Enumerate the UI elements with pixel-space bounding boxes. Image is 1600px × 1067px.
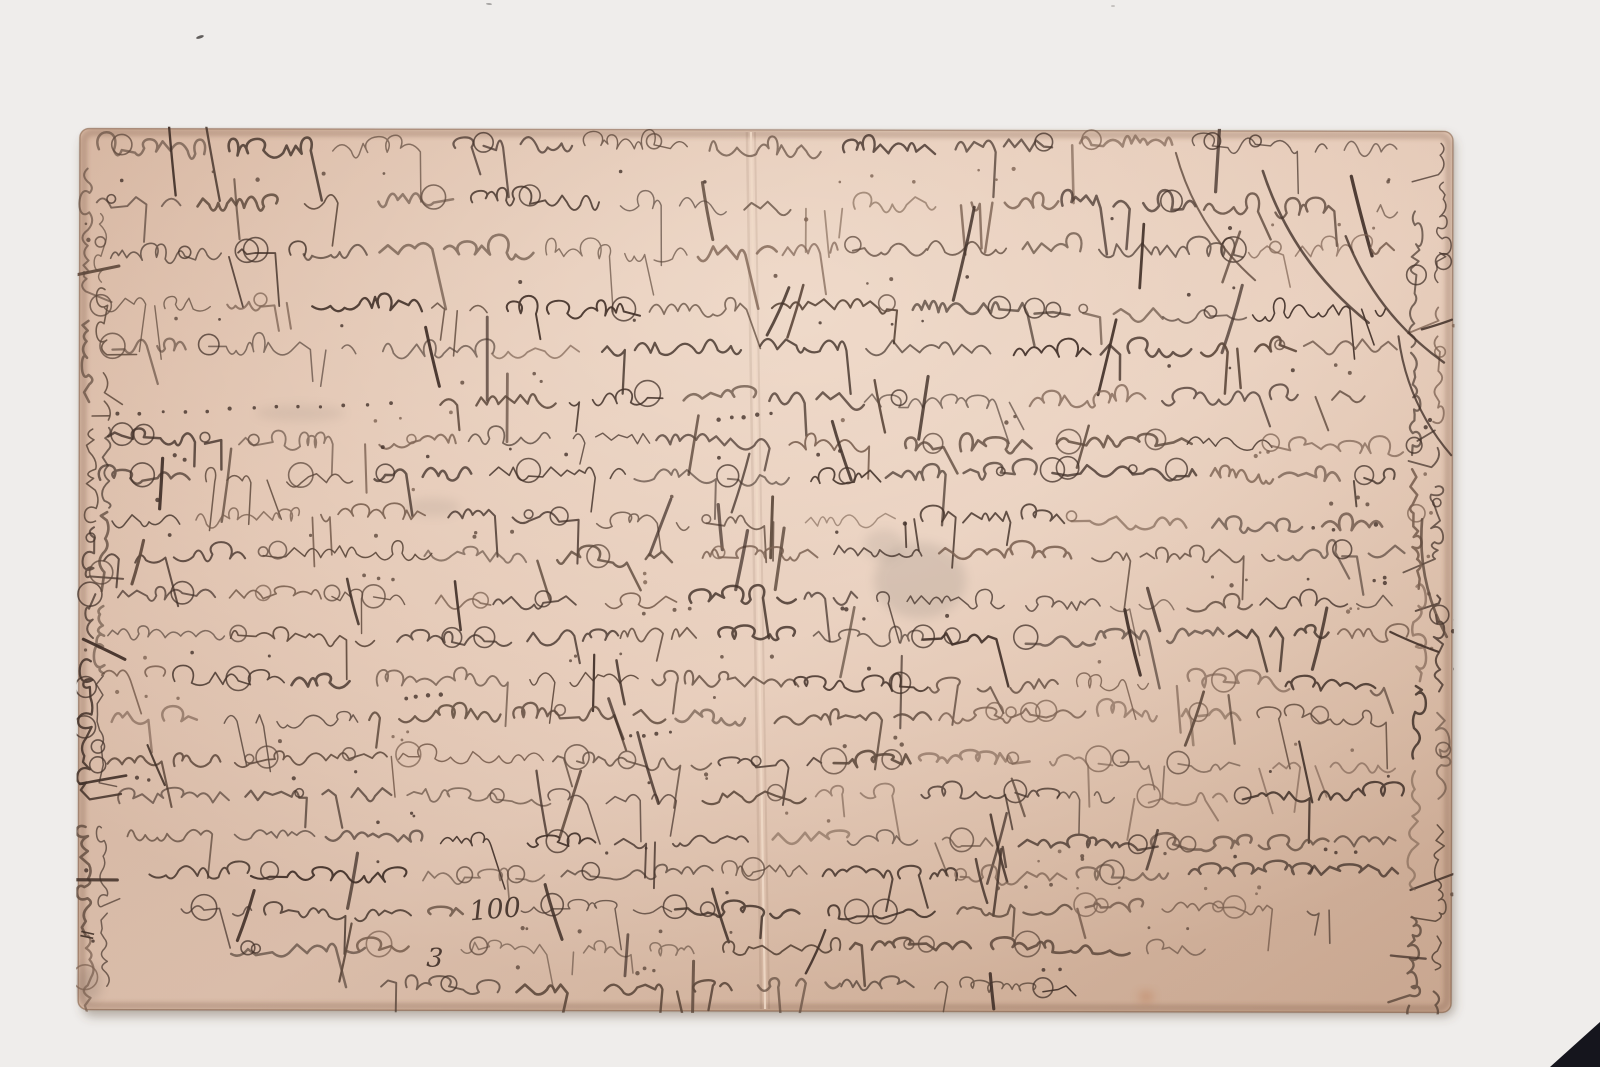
ellipsis-dots [115, 412, 119, 416]
diacritic-dot [135, 776, 139, 780]
diacritic-dot [1291, 368, 1295, 372]
diacritic-dot [977, 169, 980, 172]
diacritic-dot [1354, 850, 1358, 854]
diacritic-dot [1365, 502, 1369, 506]
diacritic-dot [322, 172, 326, 176]
diacritic-dot [1348, 371, 1352, 375]
diacritic-dot [1349, 607, 1352, 610]
ellipsis-dots [642, 734, 646, 738]
diacritic-dot [1271, 223, 1274, 226]
diacritic-dot [115, 690, 119, 694]
diacritic-dot [532, 372, 536, 376]
diacritic-dot [1334, 363, 1338, 367]
ellipsis-dots [741, 415, 745, 419]
diacritic-dot [410, 812, 413, 815]
diacritic-dot [1386, 180, 1390, 184]
diacritic-dot [268, 655, 271, 658]
diacritic-dot [1042, 968, 1046, 972]
diacritic-dot [1058, 968, 1062, 972]
diacritic-dot [83, 271, 86, 274]
diacritic-dot [643, 580, 647, 584]
diacritic-dot [688, 607, 692, 611]
diacritic-dot [1429, 511, 1433, 515]
diacritic-dot [278, 739, 282, 743]
diacritic-dot [564, 453, 568, 457]
diacritic-dot [525, 927, 528, 930]
ellipsis-dots [439, 692, 443, 696]
diacritic-dot [309, 534, 312, 537]
postcard-scan-canvas: 1003= [0, 0, 1600, 1067]
diacritic-dot [605, 851, 608, 854]
diacritic-dot [1257, 885, 1261, 889]
diacritic-dot [1229, 583, 1233, 587]
diacritic-dot [518, 280, 522, 284]
diacritic-dot [143, 656, 147, 660]
ellipsis-dots [404, 697, 408, 701]
ellipsis-dots [253, 406, 256, 409]
diacritic-dot [374, 534, 378, 538]
diacritic-dot [1012, 167, 1016, 171]
diacritic-dot [399, 417, 402, 420]
diacritic-dot [85, 222, 88, 225]
diacritic-dot [633, 319, 636, 322]
diacritic-dot [827, 819, 831, 823]
diacritic-dot [819, 321, 822, 324]
diacritic-dot [1357, 607, 1360, 610]
diacritic-dot [1049, 883, 1053, 887]
diacritic-dot [713, 696, 716, 699]
diacritic-dot [870, 174, 873, 177]
diacritic-dot [705, 777, 708, 780]
diacritic-dot [1294, 743, 1297, 746]
diacritic-dot [1211, 575, 1214, 578]
diacritic-dot [540, 380, 543, 383]
diacritic-dot [1254, 454, 1258, 458]
handwritten-fragment-3: 3 [426, 943, 444, 974]
diacritic-dot [839, 181, 842, 184]
ellipsis-dots [730, 416, 734, 420]
diacritic-dot [816, 453, 820, 457]
diacritic-dot [725, 891, 728, 894]
diacritic-dot [1058, 850, 1062, 854]
diacritic-dot [460, 381, 464, 385]
diacritic-dot [1269, 770, 1272, 773]
diacritic-dot [1204, 887, 1207, 890]
diacritic-dot [212, 170, 215, 173]
ellipsis-dots [319, 405, 322, 408]
diacritic-dot [1186, 927, 1189, 930]
diacritic-dot [729, 931, 732, 934]
diacritic-dot [173, 453, 177, 457]
diacritic-dot [509, 448, 512, 451]
diacritic-dot [1255, 892, 1258, 895]
diacritic-dot [1383, 581, 1387, 585]
diacritic-dot [1004, 420, 1008, 424]
diacritic-dot [903, 521, 907, 525]
diacritic-dot [383, 172, 386, 175]
diacritic-dot [1356, 496, 1360, 500]
diacritic-dot [673, 608, 677, 612]
diacritic-dot [1228, 226, 1232, 230]
ellipsis-dots [162, 410, 165, 413]
diacritic-dot [1427, 555, 1431, 559]
diacritic-dot [574, 654, 577, 657]
diacritic-dot [190, 651, 194, 655]
diacritic-dot [645, 847, 648, 850]
diacritic-dot [292, 776, 296, 780]
diacritic-dot [1329, 501, 1333, 505]
diacritic-dot [521, 926, 525, 930]
diacritic-dot [866, 282, 869, 285]
diacritic-dot [647, 781, 650, 784]
diacritic-dot [1338, 223, 1341, 226]
diacritic-dot [155, 498, 159, 502]
diacritic-dot [516, 965, 520, 969]
diacritic-dot [145, 695, 148, 698]
diacritic-dot [785, 812, 788, 815]
diacritic-dot [1423, 472, 1427, 476]
diacritic-dot [1163, 852, 1166, 855]
diacritic-dot [174, 317, 178, 321]
diacritic-dot [374, 419, 378, 423]
stain [864, 529, 904, 561]
ellipsis-dots [755, 412, 759, 416]
diacritic-dot [86, 238, 90, 242]
ellipsis-dots [629, 734, 632, 737]
ellipsis-dots [769, 412, 772, 415]
diacritic-dot [770, 655, 774, 659]
diacritic-dot [218, 318, 221, 321]
diacritic-dot [176, 697, 179, 700]
ellipsis-dots [275, 405, 279, 409]
diacritic-dot [838, 449, 842, 453]
long-pen-stroke [593, 655, 594, 711]
diacritic-dot [619, 170, 623, 174]
diacritic-dot [1324, 847, 1328, 851]
diacritic-dot [1428, 418, 1432, 422]
diacritic-dot [945, 614, 949, 618]
ellipsis-dots [716, 417, 720, 421]
diacritic-dot [1229, 367, 1232, 370]
diacritic-dot [1187, 293, 1191, 297]
ellipsis-dots [205, 410, 209, 414]
diacritic-dot [720, 655, 724, 659]
diacritic-dot [1387, 775, 1390, 778]
diacritic-dot [1334, 851, 1337, 854]
diacritic-dot [996, 886, 1000, 890]
diacritic-dot [472, 535, 476, 539]
diacritic-dot [340, 324, 343, 327]
diacritic-dot [889, 277, 893, 281]
diacritic-dot [510, 530, 514, 534]
diacritic-dot [1080, 854, 1084, 858]
postcard: 1003= [60, 107, 1462, 1029]
diacritic-dot [1013, 415, 1016, 418]
diacritic-dot [1259, 451, 1262, 454]
stain [1139, 992, 1153, 1002]
diacritic-dot [1372, 579, 1375, 582]
diacritic-dot [1148, 926, 1151, 929]
diacritic-dot [147, 778, 150, 781]
diacritic-dot [804, 217, 808, 221]
diacritic-dot [1374, 522, 1378, 526]
diacritic-dot [912, 180, 916, 184]
diacritic-dot [900, 742, 904, 746]
diacritic-dot [391, 578, 395, 582]
ellipsis-dots [366, 403, 369, 406]
scanned-postcard-photo: handwritten-postcard-scan 1003= [0, 0, 1600, 1067]
diacritic-dot [1307, 578, 1310, 581]
diacritic-dot [1076, 887, 1079, 890]
ellipsis-dots [228, 406, 232, 410]
diacritic-dot [642, 612, 646, 616]
diacritic-dot [659, 929, 663, 933]
diacritic-dot [965, 275, 969, 279]
ellipsis-dots [296, 405, 299, 408]
diacritic-dot [84, 648, 87, 651]
diacritic-dot [1311, 526, 1315, 530]
ellipsis-dots [426, 693, 430, 697]
diacritic-dot [474, 531, 477, 534]
diacritic-dot [840, 606, 844, 610]
diacritic-dot [995, 178, 998, 181]
diacritic-dot [1232, 286, 1235, 289]
diacritic-dot [1266, 450, 1270, 454]
diacritic-dot [1098, 660, 1102, 664]
diacritic-dot [1118, 886, 1121, 889]
diacritic-dot [1233, 855, 1237, 859]
diacritic-dot [635, 971, 639, 975]
diacritic-dot [921, 320, 924, 323]
diacritic-dot [569, 659, 572, 662]
diacritic-dot [84, 868, 88, 872]
diacritic-dot [376, 820, 380, 824]
diacritic-dot [1167, 364, 1171, 368]
diacritic-dot [376, 860, 379, 863]
diacritic-dot [412, 815, 415, 818]
ellipsis-dots [184, 410, 188, 414]
diacritic-dot [1110, 217, 1113, 220]
diacritic-dot [1350, 748, 1354, 752]
diacritic-dot [1037, 860, 1040, 863]
diacritic-dot [406, 730, 409, 733]
diacritic-dot [120, 179, 124, 183]
diacritic-dot [717, 456, 721, 460]
diacritic-dot [843, 744, 847, 748]
diacritic-dot [381, 445, 385, 449]
ellipsis-dots [414, 695, 418, 699]
diacritic-dot [401, 739, 404, 742]
handwritten-fragment-100: 100 [468, 892, 522, 927]
diacritic-dot [168, 533, 172, 537]
diacritic-dot [835, 530, 838, 533]
ellipsis-dots [669, 731, 672, 734]
ellipsis-dots [654, 732, 658, 736]
diacritic-dot [578, 929, 582, 933]
diacritic-dot [391, 735, 394, 738]
diacritic-dot [1245, 579, 1248, 582]
diacritic-dot [704, 772, 708, 776]
diacritic-dot [362, 573, 366, 577]
diacritic-dot [643, 966, 647, 970]
diacritic-dot [619, 652, 622, 655]
diacritic-dot [893, 736, 897, 740]
diacritic-dot [774, 274, 778, 278]
diacritic-dot [377, 577, 381, 581]
ellipsis-dots [137, 412, 141, 416]
diacritic-dot [844, 607, 848, 611]
diacritic-dot [841, 418, 845, 422]
diacritic-dot [183, 458, 187, 462]
diacritic-dot [862, 617, 865, 620]
dust-speck [1111, 5, 1115, 7]
diacritic-dot [652, 969, 655, 972]
diacritic-dot [412, 488, 415, 491]
paper-sheen [78, 129, 1453, 1013]
diacritic-dot [1372, 227, 1375, 230]
diacritic-dot [426, 455, 430, 459]
diacritic-dot [867, 667, 871, 671]
diacritic-dot [643, 572, 647, 576]
diacritic-dot [1383, 576, 1387, 580]
diacritic-dot [1424, 425, 1428, 429]
diacritic-dot [255, 177, 259, 181]
diacritic-dot [449, 410, 453, 414]
ellipsis-dots [389, 401, 393, 405]
diacritic-dot [1332, 528, 1336, 532]
diacritic-dot [1024, 885, 1028, 889]
stain [405, 498, 461, 516]
diacritic-dot [354, 770, 357, 773]
diacritic-dot [891, 323, 894, 326]
diacritic-dot [1346, 609, 1350, 613]
ellipsis-dots [341, 404, 345, 408]
